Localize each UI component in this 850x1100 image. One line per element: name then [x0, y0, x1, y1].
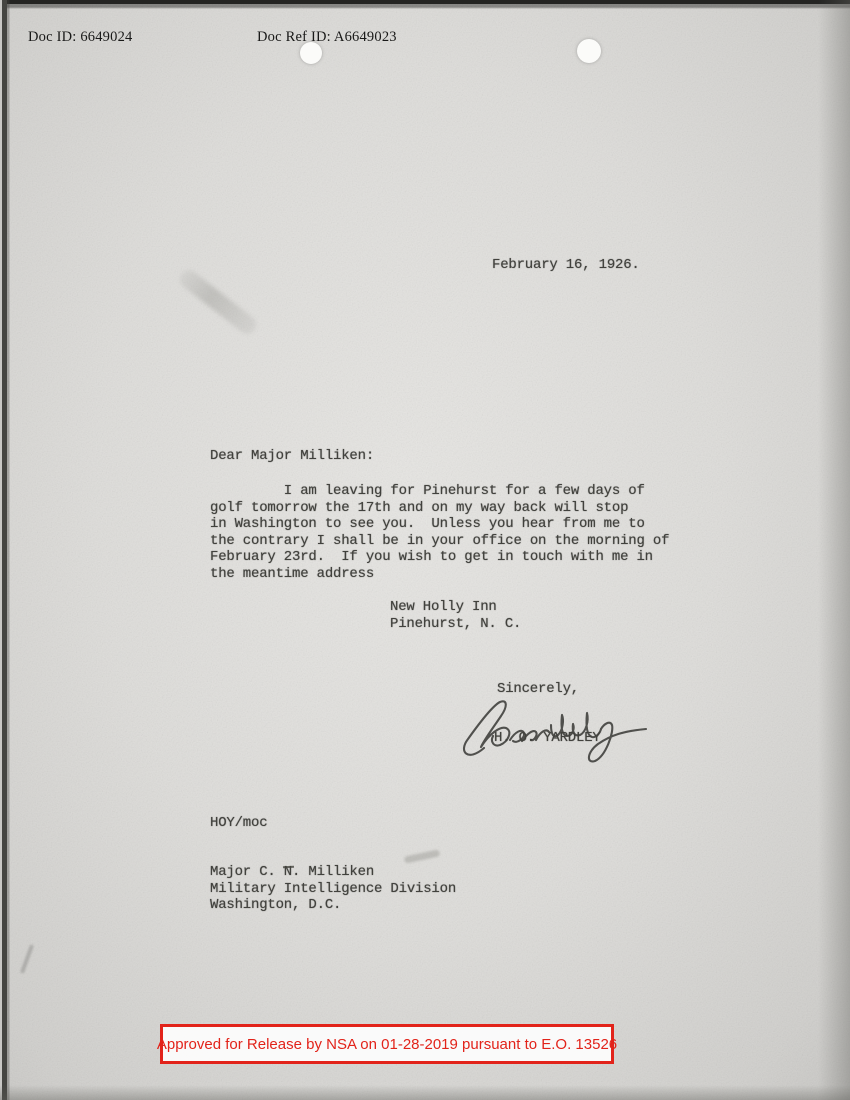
scan-edge-left: [0, 0, 10, 1100]
doc-id-label: Doc ID: 6649024: [28, 29, 133, 46]
reference-initials: HOY/moc: [210, 815, 267, 832]
release-stamp-text: Approved for Release by NSA on 01-28-201…: [157, 1036, 617, 1053]
doc-ref-id-label: Doc Ref ID: A6649023: [257, 29, 397, 46]
paper-smudge: [176, 267, 260, 338]
pencil-mark-recipient: [404, 849, 441, 863]
typed-signature-name: H. O. YARDLEY: [494, 730, 601, 747]
scan-edge-bottom: [0, 1085, 850, 1100]
recipient-address-block: Major C. N. Milliken Military Intelligen…: [210, 864, 456, 914]
pencil-mark-margin: [20, 944, 34, 974]
letter-date: February 16, 1926.: [492, 257, 640, 274]
scan-edge-top: [0, 0, 850, 9]
letter-salutation: Dear Major Milliken:: [210, 448, 374, 465]
release-stamp: Approved for Release by NSA on 01-28-201…: [160, 1024, 614, 1064]
letter-body: I am leaving for Pinehurst for a few day…: [210, 483, 669, 583]
hole-punch-right: [577, 39, 601, 63]
scanned-letter-page: Doc ID: 6649024 Doc Ref ID: A6649023 Feb…: [0, 0, 850, 1100]
scan-edge-right-shadow: [818, 0, 850, 1100]
forwarding-address: New Holly Inn Pinehurst, N. C.: [390, 599, 521, 632]
